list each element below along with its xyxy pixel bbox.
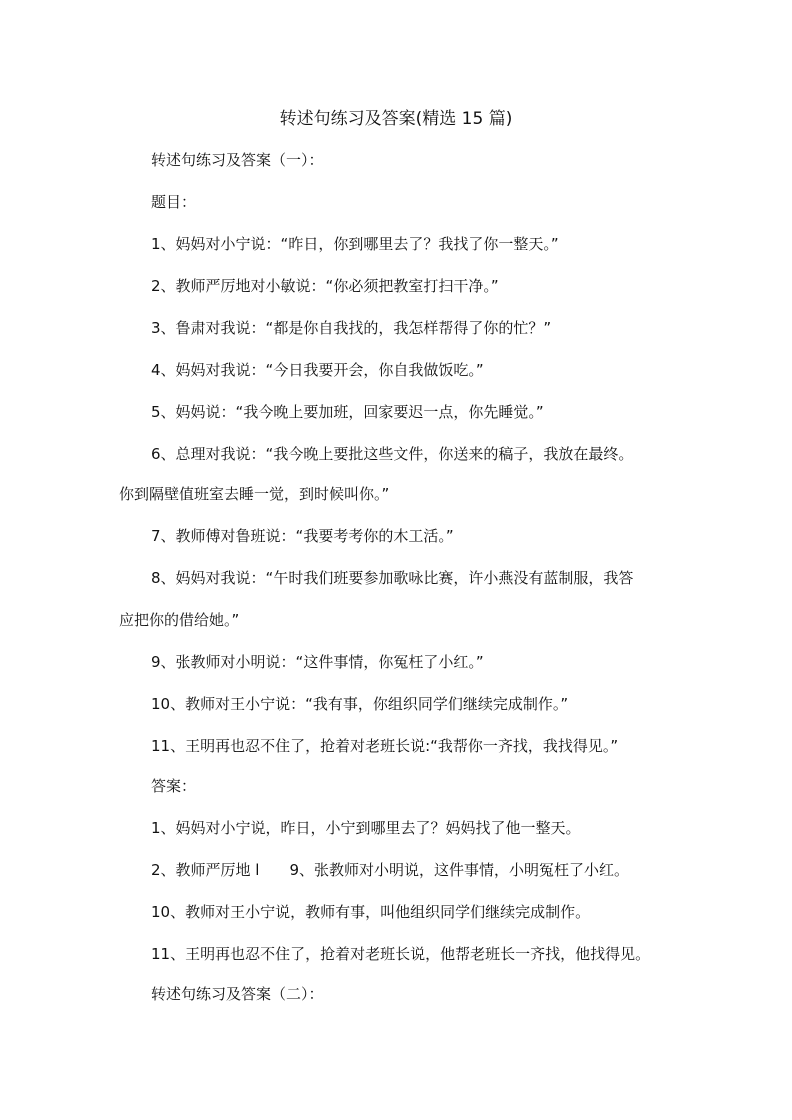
question-item: 2、教师严厉地对小敏说：“你必须把教室打扫干净。” [151, 276, 499, 296]
question-item-continuation: 应把你的借给她。” [119, 610, 239, 630]
section-heading-2: 转述句练习及答案（二）： [151, 984, 324, 1004]
answers-label: 答案： [151, 776, 196, 796]
answer-item: 1、妈妈对小宁说，昨日，小宁到哪里去了？妈妈找了他一整天。 [151, 818, 581, 838]
section-heading-1: 转述句练习及答案（一）： [151, 150, 324, 170]
question-item: 8、妈妈对我说：“午时我们班要参加歌咏比赛，许小燕没有蓝制服，我答 [151, 568, 633, 588]
question-item: 3、鲁肃对我说：“都是你自我找的，我怎样帮得了你的忙？” [151, 318, 551, 338]
question-item: 10、教师对王小宁说：“我有事，你组织同学们继续完成制作。” [151, 694, 568, 714]
question-item: 1、妈妈对小宁说：“昨日，你到哪里去了？我找了你一整天。” [151, 234, 559, 254]
questions-label: 题目： [151, 192, 196, 212]
question-item: 5、妈妈说：“我今晚上要加班，回家要迟一点，你先睡觉。” [151, 402, 544, 422]
question-item: 6、总理对我说：“我今晚上要批这些文件，你送来的稿子，我放在最终。 [151, 444, 633, 464]
answer-item: 2、教师严厉地 l 9、张教师对小明说，这件事情，小明冤枉了小红。 [151, 860, 629, 880]
question-item: 4、妈妈对我说：“今日我要开会，你自我做饭吃。” [151, 360, 484, 380]
question-item: 11、王明再也忍不住了，抢着对老班长说:“我帮你一齐找，我找得见。” [151, 736, 618, 756]
document-page: 转述句练习及答案(精选 15 篇) 转述句练习及答案（一）： 题目： 1、妈妈对… [0, 0, 792, 1120]
question-item: 7、教师傅对鲁班说：“我要考考你的木工活。” [151, 526, 454, 546]
answer-item: 11、王明再也忍不住了，抢着对老班长说，他帮老班长一齐找，他找得见。 [151, 944, 650, 964]
question-item-continuation: 你到隔壁值班室去睡一觉，到时候叫你。” [119, 484, 389, 504]
question-item: 9、张教师对小明说：“这件事情，你冤枉了小红。” [151, 652, 484, 672]
answer-item: 10、教师对王小宁说，教师有事，叫他组织同学们继续完成制作。 [151, 902, 590, 922]
document-title: 转述句练习及答案(精选 15 篇) [0, 107, 792, 131]
